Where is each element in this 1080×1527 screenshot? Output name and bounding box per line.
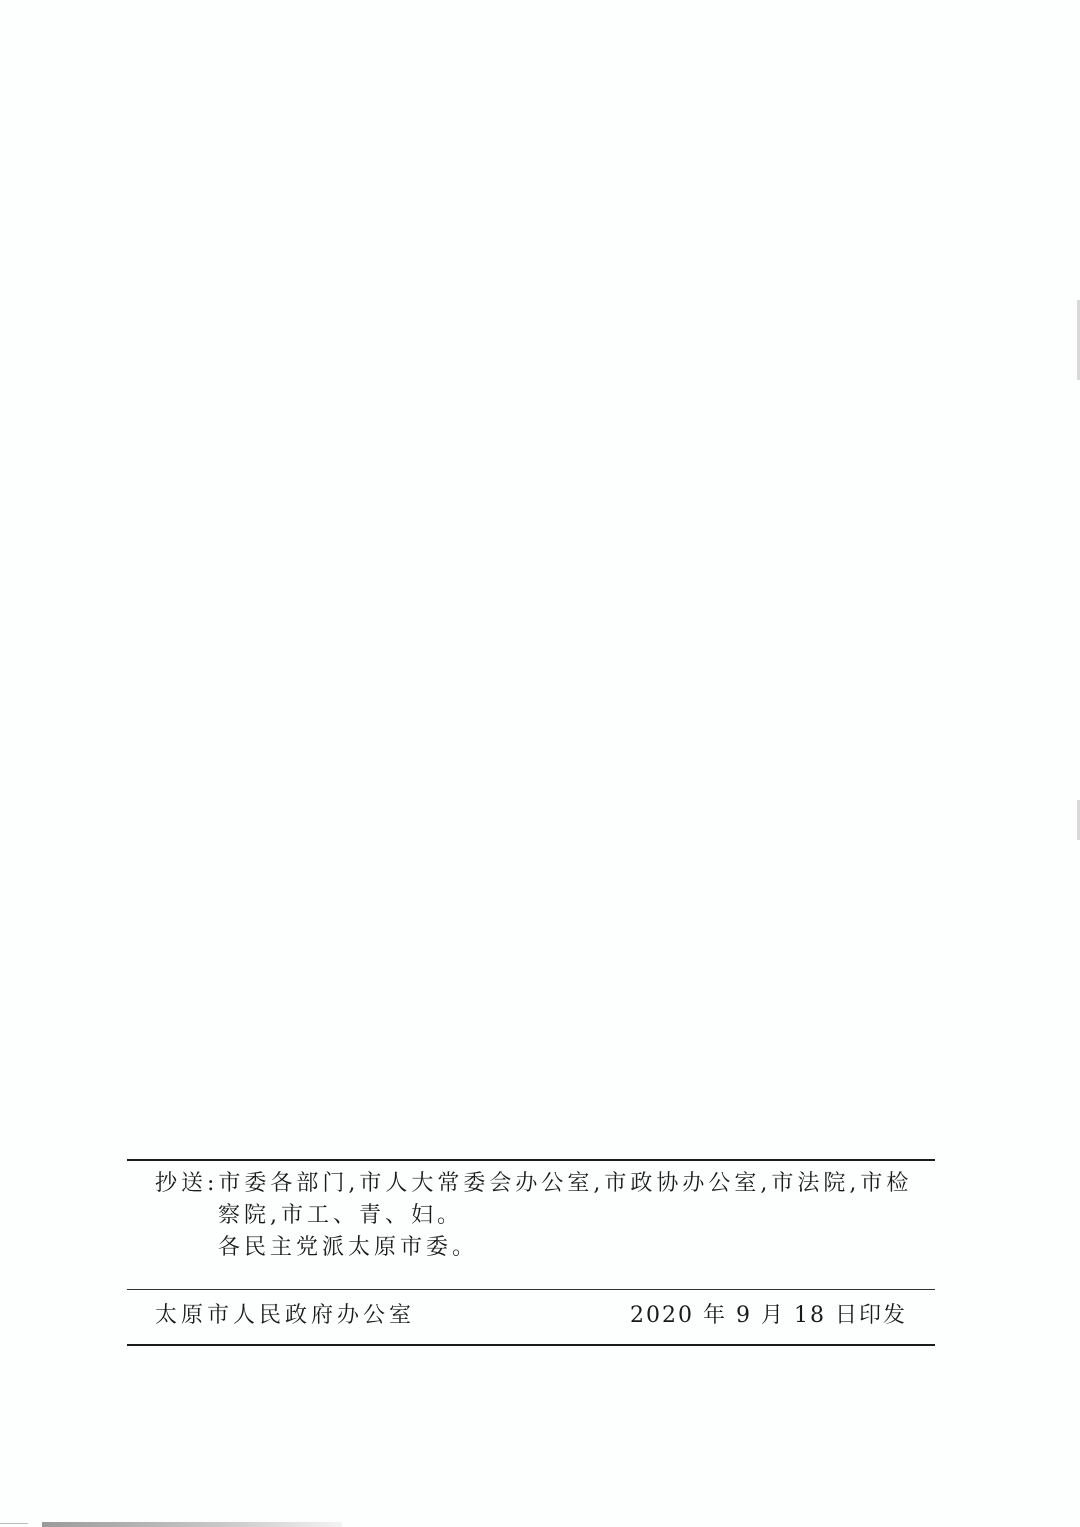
scan-shadow <box>42 1522 342 1527</box>
cc-recipients-1: 市委各部门,市人大常委会办公室,市政协办公室,市法院,市检 <box>218 1171 912 1196</box>
cc-block: 抄送:市委各部门,市人大常委会办公室,市政协办公室,市法院,市检 察院,市工、青… <box>155 1168 912 1264</box>
bottom-rule <box>127 1344 935 1346</box>
issuance-footer: 太原市人民政府办公室 2020 年 9 月 18 日印发 <box>155 1300 907 1332</box>
issuing-office: 太原市人民政府办公室 <box>155 1300 415 1332</box>
issue-date: 2020 年 9 月 18 日印发 <box>630 1300 907 1332</box>
cc-line-3: 各民主党派太原市委。 <box>155 1232 912 1264</box>
cc-line-2: 察院,市工、青、妇。 <box>155 1200 912 1232</box>
scan-shadow-left <box>0 1523 28 1524</box>
top-rule <box>127 1159 935 1161</box>
cc-label: 抄送: <box>155 1171 218 1196</box>
cc-line-1: 抄送:市委各部门,市人大常委会办公室,市政协办公室,市法院,市检 <box>155 1168 912 1200</box>
middle-rule <box>127 1289 935 1290</box>
